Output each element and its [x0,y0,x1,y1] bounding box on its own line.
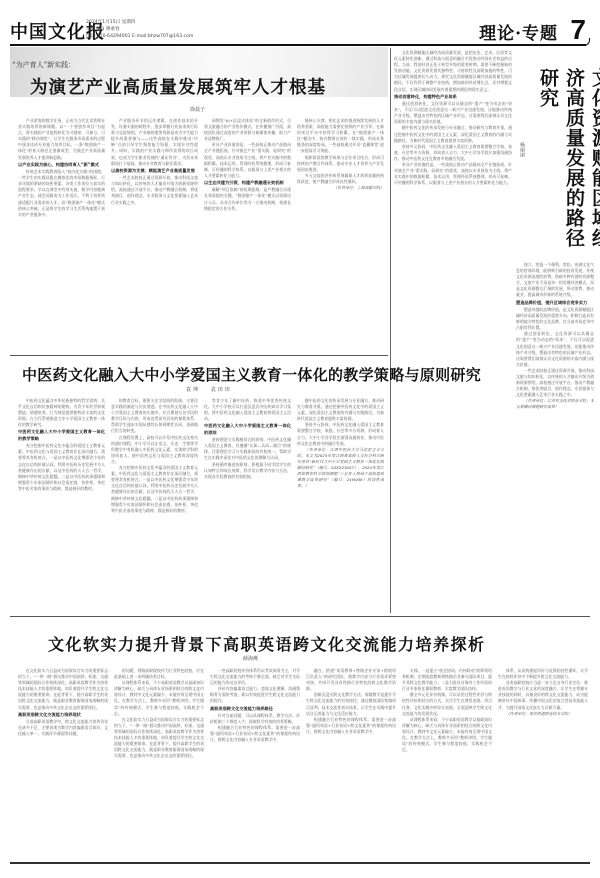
paragraph: 链核心支撑。相比艺术的推进持续发展的人才培养要素，高校能力需要在持续的产业引导、… [297,118,384,155]
masthead-rule-curve [582,38,590,46]
paragraph: 产业链各环节的运作逻辑，在创作技术的开发、设备实施的时程中，逐步掌握行业技术执行… [111,118,198,167]
paragraph: 更具产业价值的是，一些高校正推动产品链向全产业链拓展。针对演艺产业“重实践、轻研… [204,142,291,179]
paragraph: 同期发“AI+沉浸式体验”的全新创作形式，引领文旅融合的产业协作模式。在传播推广… [204,118,291,142]
article2-title: 中医药文化融入大中小学爱国主义教育一体化的教学策略与原则研究 [22,364,481,385]
article3-column: 的问题，铁路高职院校作为行业特色院校，应在此基础上进一步明确培养目标。 从课程体… [114,668,204,858]
article3-column: 融合，搭建“英语教师+铁路企业专家+跨境项目负责人”的研究团队，使教学内容与行业… [306,668,396,858]
article1-author-note: （作者单位：上海戏剧学院） [297,185,384,191]
column-divider [390,48,391,613]
paragraph: 缩影阶段的教学成果与企业项目结合，形成可持续的产教合作体系，推动专业人才培养与产… [297,155,384,173]
paragraph: 坚持理论与实践相结合的原则。中医药文化融入爱国主义教育，应遵循“认知—认同—践行… [204,437,291,461]
issue-date: 2024年1月15日 星期四 [86,19,193,26]
paragraph: 独立、营造一个便利、宽松、充满文化气息的营商环境，能够吸引新的投资发展，并使文化… [516,262,594,299]
paragraph: 评价内容偏重语言能力，忽视文化理解、沟通策略等方面的考查，难以有效促进学生跨文化… [210,686,300,704]
paragraph: 坚持多元协同，中医药文化融入爱国主义教育需要整合学校、家庭、社会等多方资源，形成… [394,144,512,162]
paragraph: 从课程体系来看，不少高职英语教学以基础知识讲解为核心，缺乏与具体专业场景相结合的… [402,717,492,754]
article-vertical-column: 独立、营造一个便利、宽松、充满文化气息的营商环境，能够吸引新的投资发展，并使文化… [516,262,594,592]
article1-column: 链核心支撑。相比艺术的推进持续发展的人才培养要素，高校能力需要在持续的产业引导、… [297,118,384,354]
article1-author: 徐晨子 [190,106,205,113]
subheading: 高职英语跨文化交流能力培养路径 [210,706,300,712]
page-bottom-rule [10,862,590,864]
article3-column: 支撑。一是建立“校企协同、内外联动”的师资培养机制，定期选派教师到铁路企业参与国… [402,668,492,858]
paragraph: 从课程体系来看，不少高职英语教学以基础知识讲解为核心，缺乏与具体专业场景相结合的… [114,680,204,717]
article1-column: 产业紧需的数学任务，正成为当代艺术管理专业实践培养的新课题。以“一个要创作项目”… [18,118,105,354]
paragraph: 多元交流的评价体系则确保人才培养质量的持续改进，使产教融合形成良性循环。 [297,173,384,185]
paragraph: 在文化软实力日益成为国家综合实力的重要标志的当下，“一带一路”倡议推动中国高铁、… [114,717,204,760]
divider [10,616,590,617]
paragraph: 通过创意转化，文化资源可以从静态的“遗产”变为动态的“资本”，不仅可以促进文化创… [394,101,512,125]
paragraph: 融合，搭建“英语教师+铁路企业专家+跨境项目负责人”的研究团队，使教学内容与行业… [306,668,396,692]
paragraph: 支撑。一是建立“校企协同、内外联动”的师资培养机制，定期选派教师到铁路企业参与国… [402,668,492,692]
paragraph: 坚持多元协同，中医药文化融入爱国主义教育需要整合学校、家庭、社会等多方资源，形成… [297,422,384,446]
paragraph: 等青少年了解中医药，热爱中华优秀传统文化。大中小学校可以打造沉浸式中医药知识学习… [204,398,291,422]
paragraph: 体系，从而构建起评价与反馈的良性循环，让学生在持续评价中不断提升跨文化交流能力。 [498,668,588,680]
subheading: 以产业实践为核心，构建协同育人“新”模式 [18,162,105,168]
editor-line: 本版责编 穆重春 [86,26,193,33]
article3-author-note: （作者单位：南京铁道职业技术学院） [498,711,588,717]
article3-column: 在文化软实力日益成为国家综合实力的重要标志的当下，“一带一路”倡议推动中国高铁、… [18,668,108,858]
article3-body: 在文化软实力日益成为国家综合实力的重要标志的当下，“一带一路”倡议推动中国高铁、… [18,668,592,858]
divider [10,355,388,356]
subheading: 中医药文化融入大中小学爱国主义教育一体化的原则 [204,423,291,436]
contact-line: 电话:010-64294001 E-mail:bhzw707@163.com [86,33,193,40]
masthead-rule [10,44,586,46]
article-vertical-left-column: 文化资源赋能区域经济高质量发展，是把历史、艺术、民俗等文化元素转化创新，通过科技… [394,50,512,610]
subheading: 高职英语跨文化交流能力培养现状 [18,712,108,718]
subheading: 塑造品牌价值，提升区域综合竞争实力 [516,300,594,306]
article3-column: 体系，从而构建起评价与反馈的良性循环，让学生在持续评价中不断提升跨文化交流能力。… [498,668,588,858]
paragraph: 产业紧需的数学任务，正成为当代艺术管理专业实践培养的新课题。以“一个要创作项目”… [18,118,105,161]
article-vertical-right-column: 独立、营造一个便利、宽松、充满文化气息的营商环境，能够吸引新的投资发展，并使文化… [516,262,594,592]
article-vertical-author-note: （作者单位：江苏安全技术职业学院；本文系横向课题研究成果） [516,398,594,410]
subheading: 以高校资源为支撑，赋能演艺产业高质量发展 [111,168,198,174]
paragraph: 坚持循序渐进的原则。要根据不同学段学生的认知特点和成长规律，科学设计教学内容与方… [204,462,291,480]
paragraph: 在课程设置上，高校可以开发中医药文化相关的通识课程，中小学可以在语文、历史、生物… [111,435,198,465]
article2-body: 中医药文化蕴含中华民族独特的哲学思辨，关乎文化自信和民族精神的建构。为青少年的世… [18,398,386,610]
article-vertical-column: 文化资源赋能区域经济高质量发展，是把历史、艺术、民俗等文化元素转化创新，通过科技… [394,50,512,610]
paragraph: 当前高职英语教学中，跨文化交流能力培养仍存在诸多不足，主要表现为教学内容偏重语言… [18,719,108,737]
paragraph: 中医药文化蕴含中华民族独特的哲学思辨，关乎文化自信和民族精神的建构。为青少年的世… [18,398,105,428]
paragraph: 构建融合行业特色的课程体系。需要进一步加强“通用英语+行业英语+跨文化素养”的课… [210,725,300,743]
paragraph: 通过创意转化，文化资源可以从静态的“遗产”变为动态的“资本”，不仅可以促进文化创… [516,331,594,368]
paragraph: 各类高职院校应当进一步立足自身行业定位，推进英语教学与行业文化的深度融合，让学生… [498,680,588,710]
author-name: 袁坤 [186,387,200,393]
paragraph: 健全多元化评价机制。可以采用过程性评价与终结性评价相结合的方式，关注学生在课堂表… [402,692,492,716]
article3-author: 薛海燕 [243,655,258,662]
paragraph: 的教育目标，既要关注学段间的衔接，又要注意实践的渐进与层次递进。在中医药文化融入… [111,398,198,435]
article-vertical-author: 杨丽丽 [519,142,526,157]
subheading: 推动创意转化，构建特色产业体系 [394,94,512,100]
paragraph: 创新沉浸式跨文化教学方法。情境教学是提升学生跨文化交流能力的有效途径，通过模拟国… [306,692,396,716]
paragraph: 在文化软实力日益成为国家综合实力的重要标志的当下，“一带一路”倡议推动中国高铁、… [18,668,108,711]
paragraph: 传统艺术实践教育陷入“校内化实践”的困境，一些学生的实践局限在模拟化的市场数据指… [18,169,105,218]
paragraph: 针对当前问题，可以从课程体系、教学方法、评价机制三个维度入手，探索科学有效的培养… [210,713,300,725]
article2-column: 的教育目标，既要关注学段间的衔接，又要注意实践的渐进与层次递进。在中医药文化融入… [111,398,198,610]
masthead-meta: 2024年1月15日 星期四 本版责编 穆重春 电话:010-64294001 … [86,19,193,40]
author-name: 袁田田 [211,387,232,393]
article1-column: 同期发“AI+沉浸式体验”的全新创作形式，引领文旅融合的产业协作模式。在传播推广… [204,118,291,354]
article1-body: 产业紧需的数学任务，正成为当代艺术管理专业实践培养的新课题。以“一个要创作项目”… [18,118,384,354]
paragraph: 充分挖掘中医药文化中蕴含的爱国主义教育元素。中医药文化与爱国主义教育存在深层融合… [18,443,105,492]
article2-column: 中医药文化蕴含中华民族独特的哲学思辨，关乎文化自信和民族精神的建构。为青少年的世… [18,398,105,610]
paragraph: 一些艺术院校正通过资源开放，推动科技文旅与知识转化，以传统的人才输出升级为创新资… [516,368,594,398]
paragraph: 文化资源赋能区域经济高质量发展，是把历史、艺术、民俗等文化元素转化创新，通过科技… [394,50,512,93]
article-vertical-title: 文化资源赋能区域经济高质量发展的路径研究 [535,68,600,258]
article3-column: 一些高职院校评价体系仍以考试成绩为主，对学生跨文化交流能力的考核不够全面，缺乏对… [210,668,300,858]
article1-column: 产业链各环节的运作逻辑，在创作技术的开发、设备实施的时程中，逐步掌握行业技术执行… [111,118,198,354]
article2-column: 随中医药文化的传承发展与专业融合，推动研究与教育并重。通过挖掘中医药文化中的爱国… [297,398,384,610]
paragraph: 塑造卓越的品牌价值，是文化资源赋能区域经济高质量发展的重要方向。积极打造具有鲜明… [516,307,594,331]
masthead: 中国文化报 2024年1月15日 星期四 本版责编 穆重春 电话:010-642… [0,0,600,46]
paragraph: 的问题，铁路高职院校作为行业特色院校，应在此基础上进一步明确培养目标。 [114,668,204,680]
subheading: 以生态共建为引领，构建产教融通长效机制 [204,180,291,186]
subheading: 中医药文化融入大中小学爱国主义教育一体化的教学策略 [18,429,105,442]
paragraph: 一些艺术院校正通过资源开放，推动科技文旅与知识转化，以传统的人才输出升级为创新资… [111,175,198,205]
paragraph: 破解“项目依赖”的短期思维，是产教融合实现长效落地的关键。“数创演产一体化”模式… [204,187,291,211]
article1-kicker: “为产育人”新实践： [12,60,75,70]
article3-title: 文化软实力提升背景下高职英语跨文化交流能力培养探析 [48,632,486,655]
paragraph: 构建融合行业特色的课程体系。需要进一步加强“通用英语+行业英语+跨文化素养”的课… [306,717,396,735]
paragraph: 随中医药文化的传承发展与专业融合，推动研究与教育并重。通过挖掘中医药文化中的爱国… [297,398,384,422]
article2-author-note: （作者单位：江西中医药大学马克思主义学院。本文为2023年度江西省高校人文社会科… [297,447,384,490]
paragraph: 充分挖掘中医药文化中蕴含的爱国主义教育元素。中医药文化与爱国主义教育存在深层融合… [111,465,198,514]
paragraph: 一些高职院校评价体系仍以考试成绩为主，对学生跨文化交流能力的考核不够全面，缺乏对… [210,668,300,686]
article2-authors: 袁坤 袁田田 [186,386,232,393]
section-title: 理论·专题 [479,19,558,44]
paragraph: 随中医药文化的传承发展与专业融合，推动研究与教育并重。通过挖掘中医药文化中的爱国… [394,125,512,143]
paragraph: 更具产业价值的是，一些高校正推动产品链向全产业链拓展。针对演艺产业“重实践、轻研… [394,162,512,186]
article1-title: 为演艺产业高质量发展筑牢人才根基 [30,74,326,99]
article2-column: 等青少年了解中医药，热爱中华优秀传统文化。大中小学校可以打造沉浸式中医药知识学习… [204,398,291,610]
